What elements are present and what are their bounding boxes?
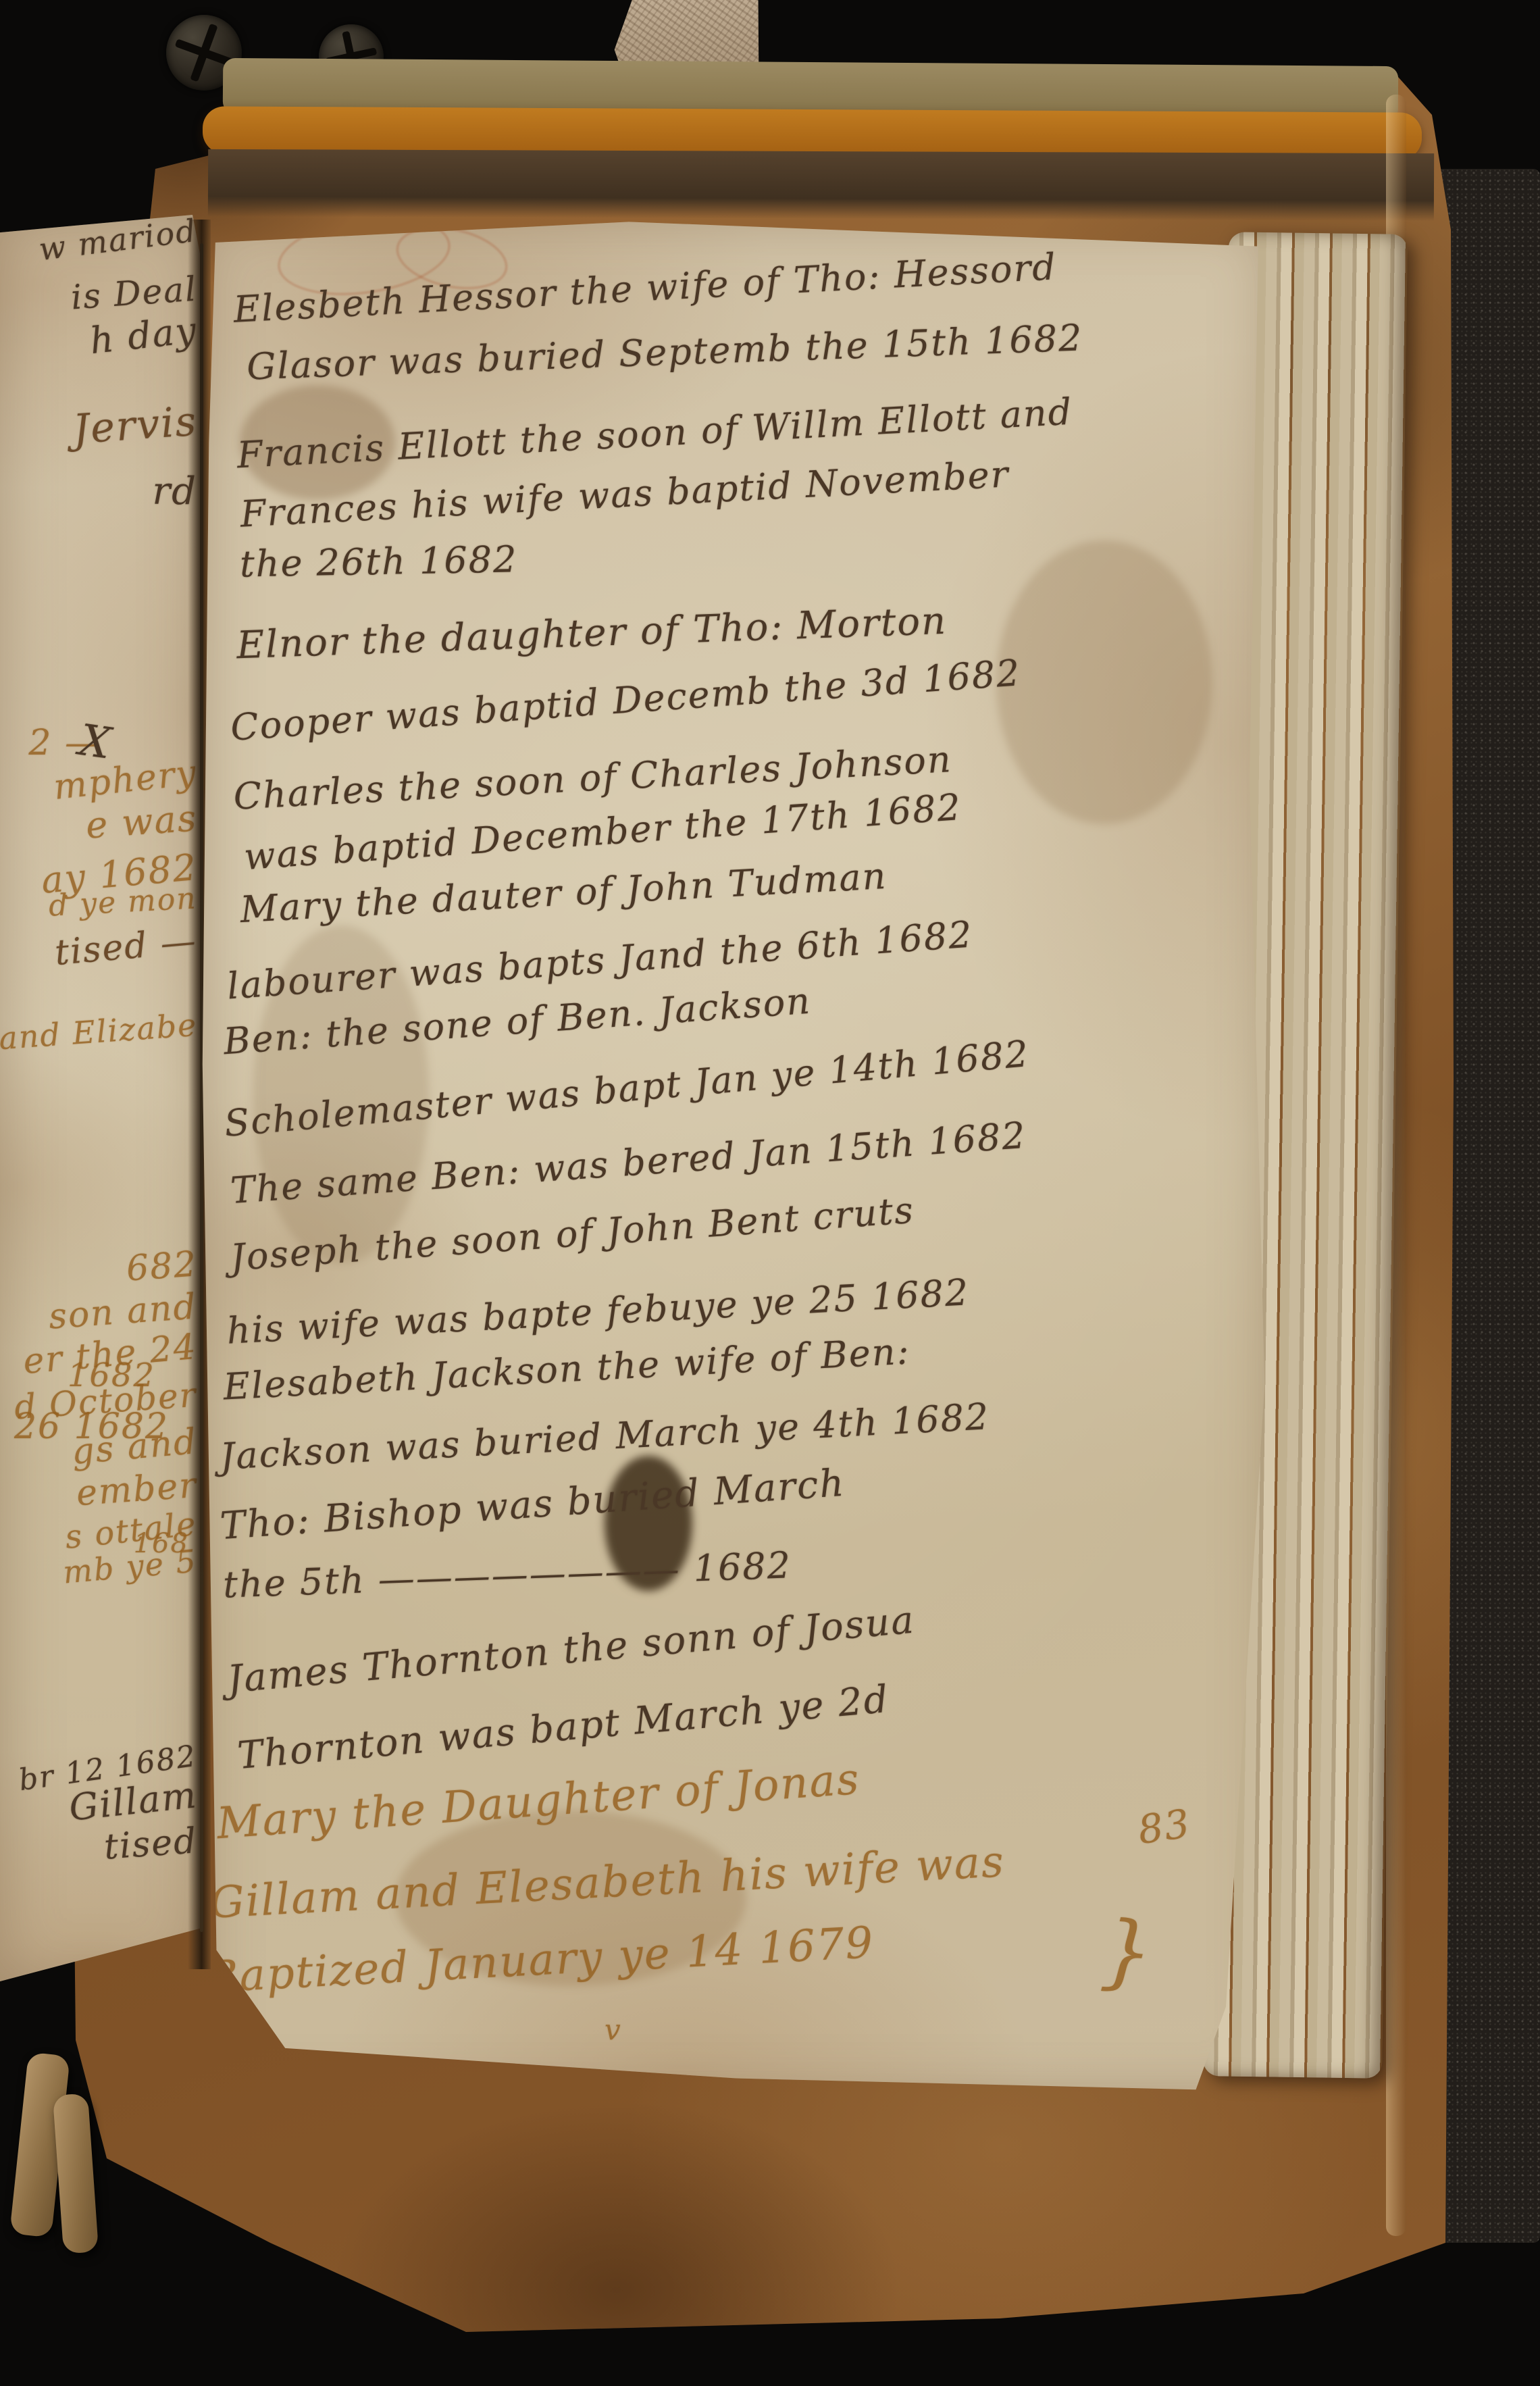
sewing-thread [200, 243, 203, 1932]
register-line-fragment: tised — [53, 921, 199, 973]
manuscript-photo: w mariod is Deal h day Jervis rd 2 — X m… [0, 0, 1540, 2386]
register-line-fragment: d ye mon [48, 881, 198, 923]
register-line-fragment: h day [88, 309, 199, 362]
register-line: the 26th 1682 [239, 538, 517, 585]
check-mark: v [605, 2013, 622, 2046]
register-line-fragment: tised [103, 1821, 199, 1868]
right-page: Elesbeth Hessor the wife of Tho: Hessord… [199, 216, 1273, 2101]
cover-top-shadow [208, 149, 1434, 221]
page-stain [996, 540, 1212, 824]
register-line-fragment: and Elizabe [0, 1007, 199, 1057]
register-line-fragment: w mariod [37, 212, 199, 268]
marginal-year: 83 [1135, 1800, 1194, 1853]
register-line: Jackson was buried March ye 4th 1682 [219, 1395, 991, 1478]
register-line: Elnor the daughter of Tho: Morton [236, 599, 948, 668]
left-page: w mariod is Deal h day Jervis rd 2 — X m… [0, 215, 203, 1981]
strap-remnant [53, 2093, 99, 2254]
register-line-fragment: Jervis [72, 398, 199, 454]
register-line: the 5th ———————— 1682 [222, 1544, 792, 1606]
flourish-bracket: } [1098, 1903, 1157, 2000]
register-line-fragment: e was [84, 796, 199, 846]
register-line: Tho: Bishop was buried March [219, 1461, 846, 1549]
register-line: Cooper was baptid Decemb the 3d 1682 [229, 651, 1022, 749]
register-line: Glasor was buried Septemb the 15th 1682 [246, 316, 1083, 388]
